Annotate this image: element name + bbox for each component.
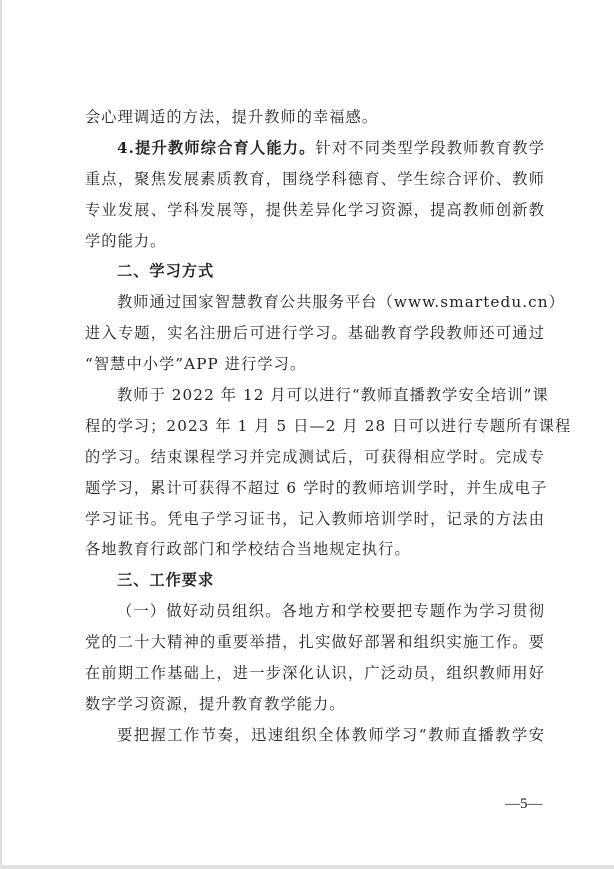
paragraph-line: 题学习，累计可获得不超过 6 学时的教师培训学时，并生成电子 [85,473,545,504]
paragraph-line: 要把握工作节奏，迅速组织全体教师学习“教师直播教学安 [85,720,545,751]
paragraph-line: 4.提升教师综合育人能力。针对不同类型学段教师教育教学 [85,133,545,164]
paragraph-line: 在前期工作基础上，进一步深化认识，广泛动员，组织教师用好 [85,658,545,689]
document-body: 会心理调适的方法，提升教师的幸福感。 4.提升教师综合育人能力。针对不同类型学段… [85,102,545,751]
paragraph-line: “智慧中小学”APP 进行学习。 [85,349,545,380]
paragraph-line: 专业发展、学科发展等，提供差异化学习资源，提高教师创新教 [85,195,545,226]
page-number: —5— [505,796,543,813]
paragraph-line: （一）做好动员组织。各地方和学校要把专题作为学习贯彻 [85,596,545,627]
line-text: 针对不同类型学段教师教育教学 [316,139,545,157]
paragraph-line: 学的能力。 [85,226,545,257]
paragraph-line: 各地教育行政部门和学校结合当地规定执行。 [85,534,545,565]
document-page: 会心理调适的方法，提升教师的幸福感。 4.提升教师综合育人能力。针对不同类型学段… [1,0,614,865]
paragraph-line: 学习证书。凭电子学习证书，记入教师培训学时，记录的方法由 [85,504,545,535]
bold-lead-title: 4.提升教师综合育人能力。 [117,139,316,157]
paragraph-line: 进入专题，实名注册后可进行学习。基础教育学段教师还可通过 [85,318,545,349]
paragraph-line: 程的学习；2023 年 1 月 5 日—2 月 28 日可以进行专题所有课程 [85,411,545,442]
paragraph-line: 的学习。结束课程学习并完成测试后，可获得相应学时。完成专 [85,442,545,473]
paragraph-line: 数字学习资源，提升教育教学能力。 [85,689,545,720]
paragraph-line: 教师通过国家智慧教育公共服务平台（www.smartedu.cn） [85,287,545,318]
section-heading-work-requirements: 三、工作要求 [85,565,545,596]
paragraph-line: 教师于 2022 年 12 月可以进行“教师直播教学安全培训”课 [85,380,545,411]
section-heading-learning-method: 二、学习方式 [85,256,545,287]
paragraph-line: 党的二十大精神的重要举措，扎实做好部署和组织实施工作。要 [85,627,545,658]
paragraph-line: 重点，聚焦发展素质教育，围绕学科德育、学生综合评价、教师 [85,164,545,195]
paragraph-line: 会心理调适的方法，提升教师的幸福感。 [85,102,545,133]
